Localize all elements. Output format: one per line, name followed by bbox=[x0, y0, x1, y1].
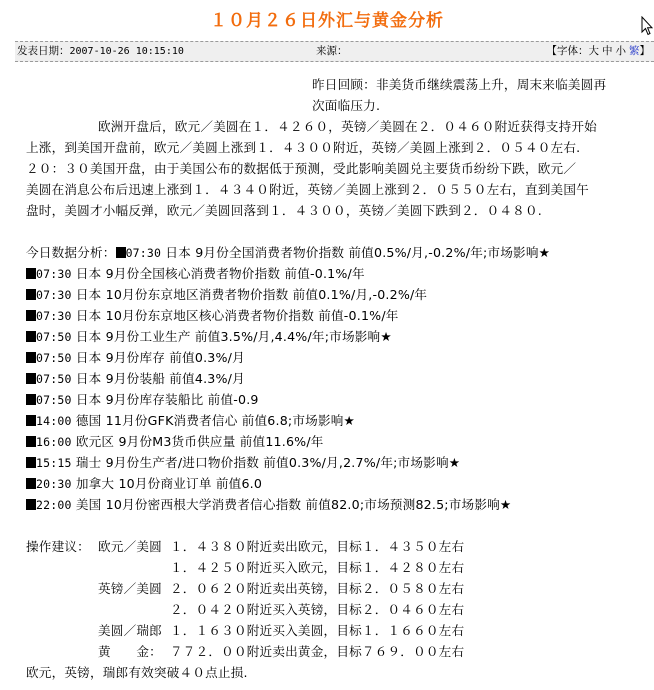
event-detail: 前值-0.1%/年 bbox=[284, 266, 364, 281]
font-size-switcher: 【字体：大中小繁】 bbox=[547, 42, 651, 61]
event-item: 9月份工业生产 bbox=[106, 329, 191, 344]
event-detail: 前值0.3%/月 bbox=[169, 350, 245, 365]
publish-date-value: 2007-10-26 10:15:10 bbox=[70, 46, 184, 57]
event-time: 22:00 bbox=[36, 498, 72, 512]
traditional-chinese-link[interactable]: 繁 bbox=[629, 45, 640, 57]
data-event-row: 今日数据分析：07:30 日本 9月份全国消费者物价指数 前值0.5%/月,-0… bbox=[26, 243, 550, 263]
event-detail: 前值82.0;市场预测82.5;市场影响★ bbox=[305, 497, 511, 512]
event-time: 07:50 bbox=[36, 393, 72, 407]
bullet-square-icon bbox=[116, 247, 126, 258]
event-country: 日本 bbox=[76, 371, 102, 386]
event-item: 11月份GFK消费者信心 bbox=[106, 413, 238, 428]
event-time: 07:50 bbox=[36, 372, 72, 386]
advice-text: ７７２．００附近卖出黄金，目标７６９．００左右 bbox=[170, 642, 464, 662]
article-meta-bar: 发表日期：2007-10-26 10:15:10 来源： 【字体：大中小繁】 bbox=[15, 41, 654, 62]
event-country: 德国 bbox=[76, 413, 102, 428]
event-country: 日本 bbox=[76, 287, 102, 302]
event-time: 07:50 bbox=[36, 351, 72, 365]
event-detail: 前值6.8;市场影响★ bbox=[242, 413, 355, 428]
event-item: 10月份东京地区核心消费者物价指数 bbox=[106, 308, 314, 323]
advice-pair: 欧元／美圆 bbox=[98, 537, 162, 557]
event-item: 9月份库存装船比 bbox=[106, 392, 204, 407]
event-time: 07:30 bbox=[36, 309, 72, 323]
event-detail: 前值0.3%/月,2.7%/年;市场影响★ bbox=[263, 455, 460, 470]
bullet-square-icon bbox=[26, 310, 36, 321]
event-item: 9月份M3货币供应量 bbox=[118, 434, 235, 449]
bullet-square-icon bbox=[26, 352, 36, 363]
body-paragraph-line: 美圆在消息公布后迅速上涨到１．４３４０附近，英镑／美圆上涨到２．０５５０左右，直… bbox=[26, 180, 589, 200]
event-detail: 前值4.3%/月 bbox=[169, 371, 245, 386]
stop-loss-note: 欧元，英镑，瑞郎有效突破４０点止损. bbox=[26, 663, 248, 683]
article-title: １０月２６日外汇与黄金分析 bbox=[0, 6, 654, 31]
event-detail: 前值11.6%/年 bbox=[240, 434, 324, 449]
publish-date-label: 发表日期： bbox=[17, 45, 70, 57]
advice-label: 操作建议： bbox=[26, 537, 90, 557]
event-item: 9月份全国消费者物价指数 bbox=[195, 245, 344, 260]
font-large-link[interactable]: 大 bbox=[589, 45, 600, 57]
font-medium-link[interactable]: 中 bbox=[602, 45, 613, 57]
advice-text: ２．０６２０附近卖出英镑，目标２．０５８０左右 bbox=[170, 579, 464, 599]
event-country: 日本 bbox=[165, 245, 191, 260]
event-detail: 前值0.1%/月,-0.2%/年 bbox=[293, 287, 428, 302]
event-time: 15:15 bbox=[36, 456, 72, 470]
event-country: 日本 bbox=[76, 350, 102, 365]
body-paragraph-line: 盘时，美圆才小幅反弹，欧元／美圆回落到１．４３００，英镑／美圆下跌到２．０４８０… bbox=[26, 201, 542, 221]
event-time: 14:00 bbox=[36, 414, 72, 428]
font-switcher-open: 【字体： bbox=[547, 45, 589, 57]
data-event-row: 07:50 日本 9月份库存 前值0.3%/月 bbox=[26, 348, 245, 368]
data-event-row: 07:30 日本 9月份全国核心消费者物价指数 前值-0.1%/年 bbox=[26, 264, 365, 284]
event-item: 10月份东京地区消费者物价指数 bbox=[106, 287, 289, 302]
event-detail: 前值6.0 bbox=[216, 476, 262, 491]
event-time: 16:00 bbox=[36, 435, 72, 449]
advice-text: ２．０４２０附近买入英镑，目标２．０４６０左右 bbox=[170, 600, 464, 620]
event-item: 10月份商业订单 bbox=[118, 476, 211, 491]
event-detail: 前值-0.9 bbox=[208, 392, 259, 407]
event-item: 9月份装船 bbox=[106, 371, 165, 386]
bullet-square-icon bbox=[26, 394, 36, 405]
event-country: 日本 bbox=[76, 392, 102, 407]
advice-text: １．１６３０附近买入美圆，目标１．１６６０左右 bbox=[170, 621, 464, 641]
review-line-1: 昨日回顾：非美货币继续震荡上升，周末来临美圆再 bbox=[312, 75, 606, 95]
data-event-row: 07:50 日本 9月份库存装船比 前值-0.9 bbox=[26, 390, 259, 410]
event-country: 加拿大 bbox=[76, 476, 114, 491]
data-event-row: 22:00 美国 10月份密西根大学消费者信心指数 前值82.0;市场预测82.… bbox=[26, 495, 511, 515]
body-paragraph-line: 欧洲开盘后，欧元／美圆在１．４２６０，英镑／美圆在２．０４６０附近获得支持开始 bbox=[98, 117, 597, 137]
bullet-square-icon bbox=[26, 415, 36, 426]
event-item: 9月份全国核心消费者物价指数 bbox=[106, 266, 281, 281]
publish-date: 发表日期：2007-10-26 10:15:10 bbox=[17, 42, 184, 61]
bullet-square-icon bbox=[26, 478, 36, 489]
bullet-square-icon bbox=[26, 499, 36, 510]
data-event-row: 07:50 日本 9月份工业生产 前值3.5%/月,4.4%/年;市场影响★ bbox=[26, 327, 392, 347]
font-switcher-close: 】 bbox=[640, 45, 651, 57]
data-event-row: 14:00 德国 11月份GFK消费者信心 前值6.8;市场影响★ bbox=[26, 411, 355, 431]
event-item: 10月份密西根大学消费者信心指数 bbox=[106, 497, 302, 512]
data-event-row: 07:50 日本 9月份装船 前值4.3%/月 bbox=[26, 369, 245, 389]
bullet-square-icon bbox=[26, 373, 36, 384]
source: 来源： bbox=[316, 42, 348, 61]
review-line-2: 次面临压力. bbox=[312, 96, 380, 116]
mouse-cursor-icon bbox=[641, 16, 653, 36]
advice-pair: 黄 金： bbox=[98, 642, 162, 662]
data-analysis-label: 今日数据分析： bbox=[26, 245, 116, 260]
event-time: 07:30 bbox=[36, 267, 72, 281]
data-event-row: 07:30 日本 10月份东京地区消费者物价指数 前值0.1%/月,-0.2%/… bbox=[26, 285, 427, 305]
data-event-row: 15:15 瑞士 9月份生产者/进口物价指数 前值0.3%/月,2.7%/年;市… bbox=[26, 453, 460, 473]
body-paragraph-line: 上涨，到美国开盘前，欧元／美圆上涨到１．４３００附近，英镑／美圆上涨到２．０５４… bbox=[26, 138, 580, 158]
event-time: 20:30 bbox=[36, 477, 72, 491]
event-country: 瑞士 bbox=[76, 455, 102, 470]
bullet-square-icon bbox=[26, 331, 36, 342]
event-detail: 前值3.5%/月,4.4%/年;市场影响★ bbox=[195, 329, 392, 344]
source-label: 来源： bbox=[316, 45, 348, 57]
data-event-row: 20:30 加拿大 10月份商业订单 前值6.0 bbox=[26, 474, 262, 494]
event-item: 9月份库存 bbox=[106, 350, 165, 365]
event-country: 日本 bbox=[76, 308, 102, 323]
font-small-link[interactable]: 小 bbox=[616, 45, 627, 57]
bullet-square-icon bbox=[26, 436, 36, 447]
advice-pair: 美圆／瑞郎 bbox=[98, 621, 162, 641]
event-country: 美国 bbox=[76, 497, 102, 512]
event-country: 日本 bbox=[76, 329, 102, 344]
bullet-square-icon bbox=[26, 289, 36, 300]
body-paragraph-line: ２０：３０美国开盘，由于美国公布的数据低于预测，受此影响美圆兑主要货币纷纷下跌，… bbox=[26, 159, 576, 179]
event-item: 9月份生产者/进口物价指数 bbox=[106, 455, 259, 470]
advice-pair: 英镑／美圆 bbox=[98, 579, 162, 599]
event-country: 欧元区 bbox=[76, 434, 114, 449]
event-time: 07:30 bbox=[126, 246, 162, 260]
data-event-row: 16:00 欧元区 9月份M3货币供应量 前值11.6%/年 bbox=[26, 432, 324, 452]
event-detail: 前值0.5%/月,-0.2%/年;市场影响★ bbox=[348, 245, 550, 260]
advice-text: １．４３８０附近卖出欧元，目标１．４３５０左右 bbox=[170, 537, 464, 557]
bullet-square-icon bbox=[26, 457, 36, 468]
bullet-square-icon bbox=[26, 268, 36, 279]
event-time: 07:50 bbox=[36, 330, 72, 344]
event-time: 07:30 bbox=[36, 288, 72, 302]
event-country: 日本 bbox=[76, 266, 102, 281]
data-event-row: 07:30 日本 10月份东京地区核心消费者物价指数 前值-0.1%/年 bbox=[26, 306, 399, 326]
event-detail: 前值-0.1%/年 bbox=[318, 308, 398, 323]
advice-text: １．４２５０附近买入欧元，目标１．４２８０左右 bbox=[170, 558, 464, 578]
